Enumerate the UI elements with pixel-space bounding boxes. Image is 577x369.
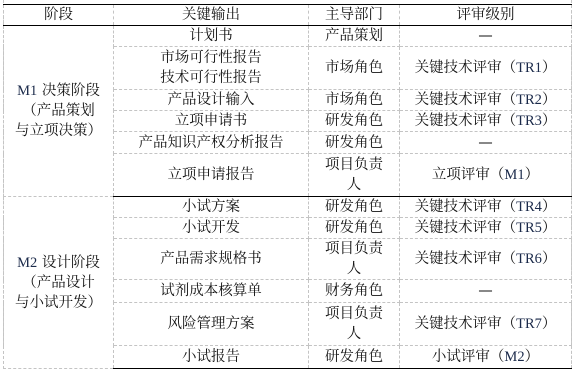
header-row: 阶段 关键输出 主导部门 评审级别 xyxy=(4,5,572,26)
review-text: 小试评审（ xyxy=(432,349,505,365)
dept-cell: 项目负责人 xyxy=(309,154,400,197)
output-cell: 小试方案 xyxy=(114,197,309,218)
review-text-end: ） xyxy=(542,199,557,215)
table-row: M1 决策阶段 （产品策划 与立项决策） 计划书 产品策划 — xyxy=(4,26,572,47)
dept-cell: 研发角色 xyxy=(309,132,400,154)
stage-output-table: 阶段 关键输出 主导部门 评审级别 M1 决策阶段 （产品策划 与立项决策） 计… xyxy=(3,4,572,369)
header-key-output: 关键输出 xyxy=(114,5,309,26)
phase-desc: （产品策划 xyxy=(22,103,95,119)
review-cell: 关键技术评审（TR3） xyxy=(400,111,572,132)
review-text: 关键技术评审（ xyxy=(415,316,517,332)
output-cell: 试剂成本核算单 xyxy=(114,280,309,303)
review-cell: — xyxy=(400,132,572,154)
dept-cell: 研发角色 xyxy=(309,111,400,132)
dept-cell: 研发角色 xyxy=(309,197,400,218)
review-cell: — xyxy=(400,26,572,47)
review-code: M2 xyxy=(504,349,524,365)
review-text: 关键技术评审（ xyxy=(415,113,517,129)
review-cell: 关键技术评审（TR4） xyxy=(400,197,572,218)
review-text-end: ） xyxy=(542,220,557,236)
review-text: — xyxy=(478,283,493,299)
review-text-end: ） xyxy=(525,349,540,365)
review-cell: 关键技术评审（TR2） xyxy=(400,90,572,111)
review-code: TR6 xyxy=(516,251,542,267)
review-code: TR1 xyxy=(516,60,542,76)
output-cell: 产品设计输入 xyxy=(114,90,309,111)
review-code: TR5 xyxy=(516,220,542,236)
header-review-level: 评审级别 xyxy=(400,5,572,26)
review-cell: 立项评审（M1） xyxy=(400,154,572,197)
phase-name: 设计阶段 xyxy=(42,255,100,271)
output-cell: 计划书 xyxy=(114,26,309,47)
review-text: 立项评审（ xyxy=(432,167,505,183)
review-code: TR7 xyxy=(516,316,542,332)
output-text: 市场可行性报告 xyxy=(160,50,262,66)
review-code: M1 xyxy=(504,167,524,183)
table-row: M2 设计阶段 （产品设计 与小试开发） 小试方案 研发角色 关键技术评审（TR… xyxy=(4,197,572,218)
review-text-end: ） xyxy=(542,113,557,129)
phase-code: M1 xyxy=(17,83,37,99)
dept-cell: 研发角色 xyxy=(309,346,400,369)
header-lead-dept: 主导部门 xyxy=(309,5,400,26)
review-text-end: ） xyxy=(542,251,557,267)
phase-code: M2 xyxy=(17,255,37,271)
review-text-end: ） xyxy=(542,316,557,332)
output-cell: 小试开发 xyxy=(114,218,309,239)
phase-name: 决策阶段 xyxy=(42,83,100,99)
phase-desc: 与立项决策） xyxy=(15,123,102,139)
output-cell: 风险管理方案 xyxy=(114,303,309,346)
review-text: 关键技术评审（ xyxy=(415,92,517,108)
review-text: — xyxy=(478,28,493,44)
phase-desc: （产品设计 xyxy=(22,275,95,291)
review-cell: 关键技术评审（TR7） xyxy=(400,303,572,346)
review-cell: 关键技术评审（TR5） xyxy=(400,218,572,239)
review-text-end: ） xyxy=(525,167,540,183)
header-phase: 阶段 xyxy=(4,5,114,26)
review-code: TR2 xyxy=(516,92,542,108)
output-cell: 市场可行性报告 技术可行性报告 xyxy=(114,47,309,90)
output-cell: 小试报告 xyxy=(114,346,309,369)
output-cell: 立项申请报告 xyxy=(114,154,309,197)
output-cell: 立项申请书 xyxy=(114,111,309,132)
review-text-end: ） xyxy=(542,92,557,108)
review-code: TR3 xyxy=(516,113,542,129)
dept-cell: 项目负责人 xyxy=(309,303,400,346)
review-cell: 关键技术评审（TR6） xyxy=(400,239,572,280)
dept-cell: 产品策划 xyxy=(309,26,400,47)
review-text: 关键技术评审（ xyxy=(415,251,517,267)
review-cell: 小试评审（M2） xyxy=(400,346,572,369)
review-text: 关键技术评审（ xyxy=(415,199,517,215)
dept-cell: 项目负责人 xyxy=(309,239,400,280)
dept-cell: 市场角色 xyxy=(309,90,400,111)
output-cell: 产品知识产权分析报告 xyxy=(114,132,309,154)
output-cell: 产品需求规格书 xyxy=(114,239,309,280)
review-cell: — xyxy=(400,280,572,303)
dept-cell: 研发角色 xyxy=(309,218,400,239)
review-text: 关键技术评审（ xyxy=(415,220,517,236)
output-text: 技术可行性报告 xyxy=(160,70,262,86)
dept-cell: 市场角色 xyxy=(309,47,400,90)
review-text: — xyxy=(478,135,493,151)
dept-cell: 财务角色 xyxy=(309,280,400,303)
phase-desc: 与小试开发） xyxy=(15,295,102,311)
review-code: TR4 xyxy=(516,199,542,215)
review-text-end: ） xyxy=(542,60,557,76)
phase-cell-m1: M1 决策阶段 （产品策划 与立项决策） xyxy=(4,26,114,197)
phase-cell-m2: M2 设计阶段 （产品设计 与小试开发） xyxy=(4,197,114,369)
review-cell: 关键技术评审（TR1） xyxy=(400,47,572,90)
review-text: 关键技术评审（ xyxy=(415,60,517,76)
